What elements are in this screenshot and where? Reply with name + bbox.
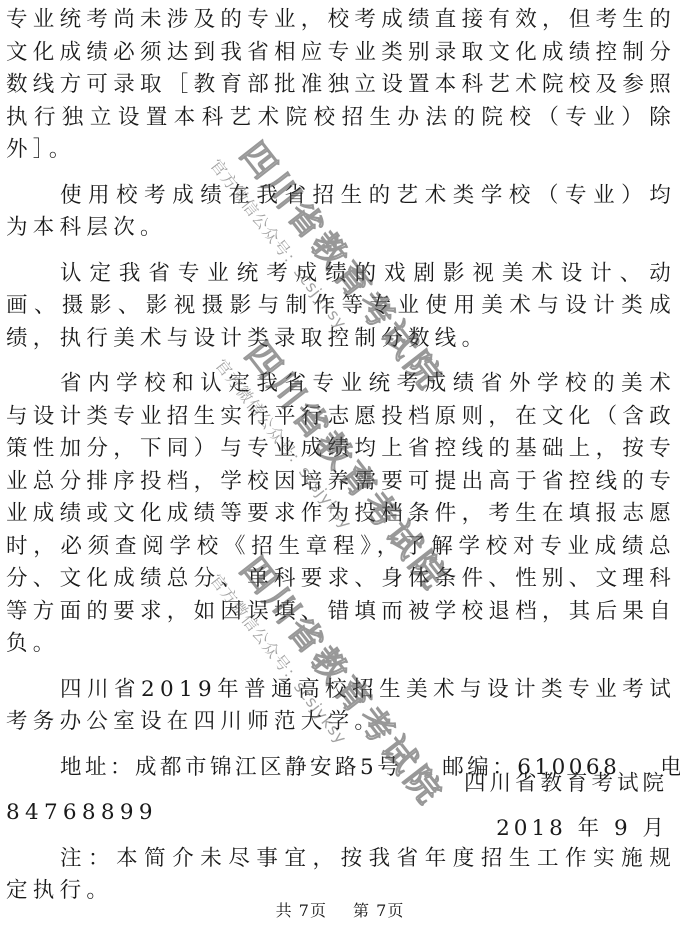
total-pages: 共 7页 <box>276 901 327 920</box>
signature-date: 2018 年 9 月 <box>496 811 668 842</box>
page-footer: 共 7页 第 7页 <box>0 898 680 921</box>
address-value: 成都市锦江区静安路5号 <box>135 755 402 780</box>
paragraph-parallel-admission: 省内学校和认定我省专业统考成绩省外学校的美术与设计类专业招生实行平行志愿投档原则… <box>6 368 676 661</box>
signature-organization: 四川省教育考试院 <box>464 766 668 797</box>
address-label: 地址： <box>60 755 135 780</box>
paragraph-related-majors: 认定我省专业统考成绩的戏剧影视美术设计、动画、摄影、影视摄影与制作等专业使用美术… <box>6 258 676 356</box>
paragraph-undergraduate-level: 使用校考成绩在我省招生的艺术类学校（专业）均为本科层次。 <box>6 180 676 245</box>
current-page: 第 7页 <box>353 901 404 920</box>
paragraph-exam-office: 四川省2019年普通高校招生美术与设计类专业考试考务办公室设在四川师范大学。 <box>6 674 676 739</box>
paragraph-school-exam-validity: 专业统考尚未涉及的专业，校考成绩直接有效，但考生的文化成绩必须达到我省相应专业类… <box>6 4 676 167</box>
document-page: 专业统考尚未涉及的专业，校考成绩直接有效，但考生的文化成绩必须达到我省相应专业类… <box>0 0 680 928</box>
